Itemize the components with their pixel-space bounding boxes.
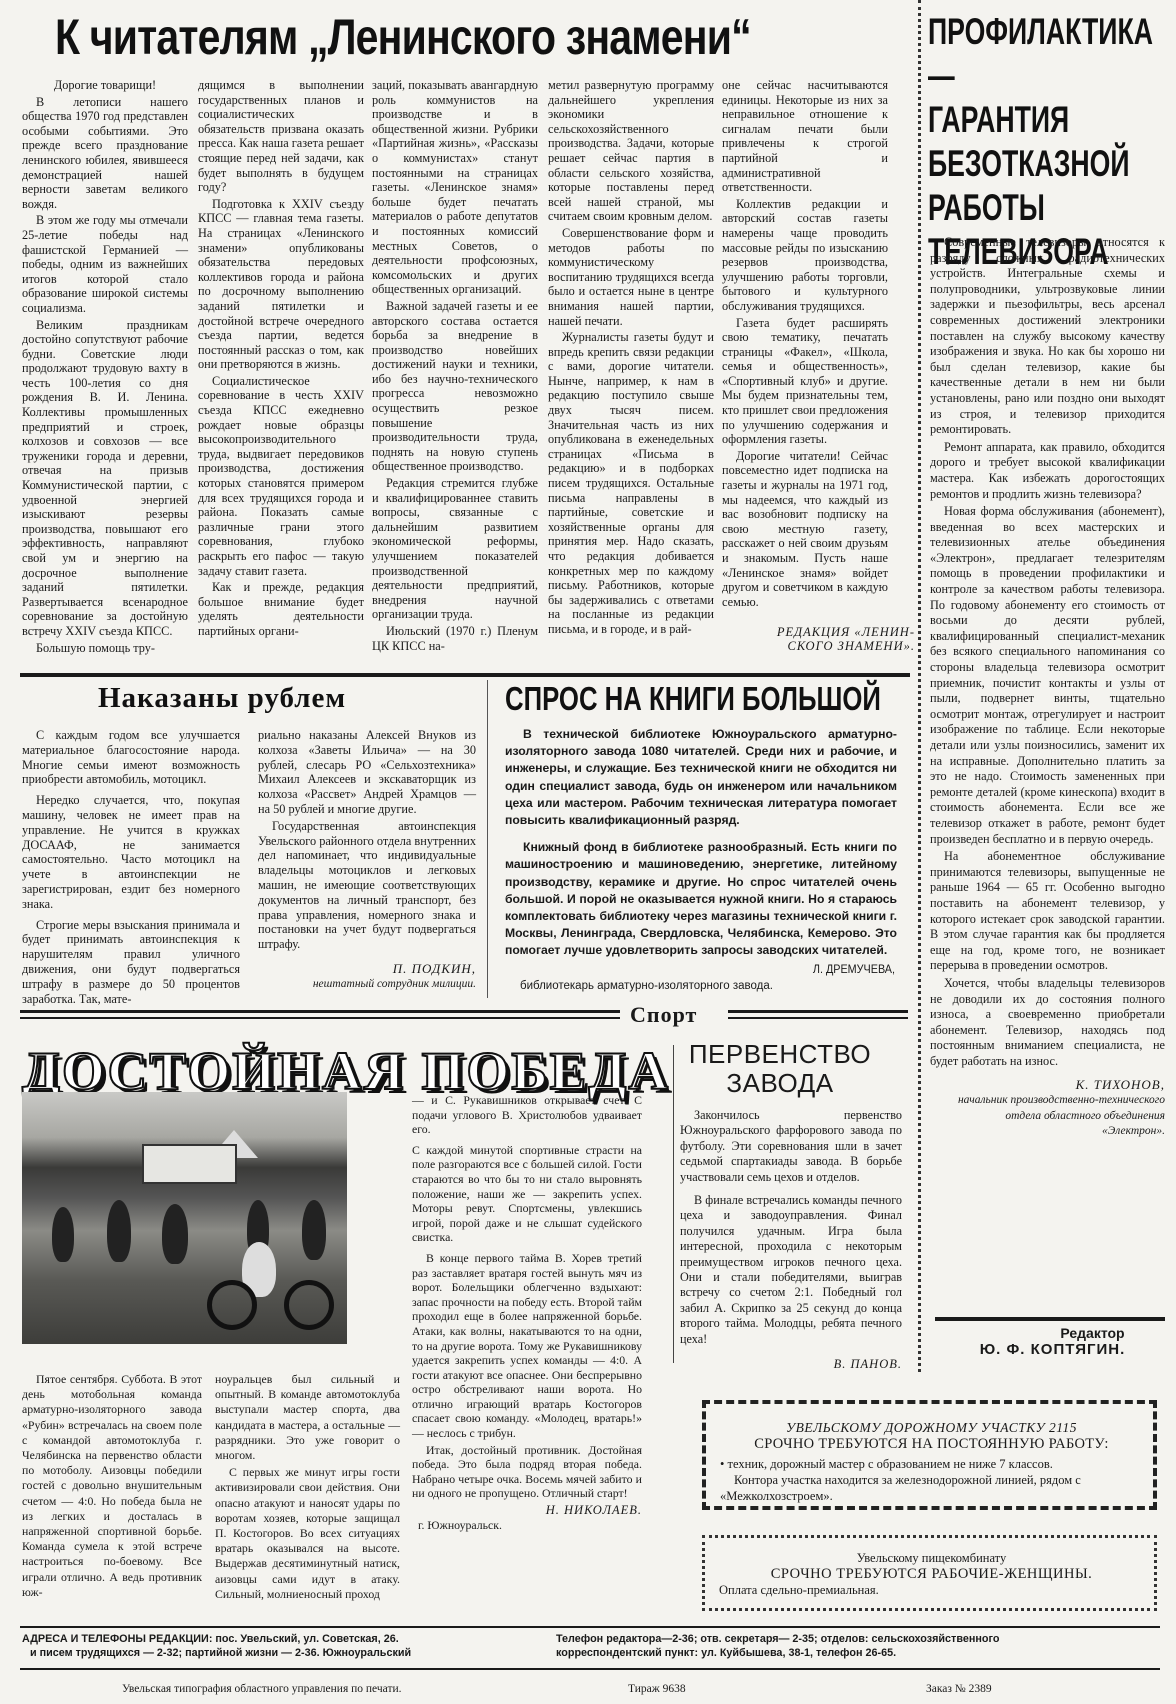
paragraph: Как и прежде, редакция большое внимание … <box>198 580 364 638</box>
paragraph: С каждой минутой спортивные страсти на п… <box>412 1143 642 1245</box>
ad-line: УВЕЛЬСКОМУ ДОРОЖНОМУ УЧАСТКУ 2115 <box>720 1420 1143 1436</box>
paragraph: С каждым годом все улучшается материальн… <box>22 728 240 787</box>
printer-imprint: Увельская типография областного управлен… <box>122 1683 402 1695</box>
championship-body: Закончилось первенство Южноуральского фа… <box>680 1108 902 1373</box>
footer-divider <box>20 1668 1160 1670</box>
paragraph: оне сейчас насчитываются единицы. Некото… <box>722 78 888 195</box>
title-line: ПРОФИЛАКТИКА — <box>928 10 1173 98</box>
paragraph: Нередко случается, что, покупая машину, … <box>22 793 240 911</box>
title-line: ЗАВОДА <box>665 1069 895 1098</box>
paragraph: Журналисты газеты будут и впредь крепить… <box>548 330 714 636</box>
paragraph: Газета будет расширять свою тематику, пе… <box>722 316 888 447</box>
paragraph: Новая форма обслуживания (абонемент), вв… <box>930 504 1165 847</box>
paragraph: На абонементное обслуживание принимаются… <box>930 849 1165 974</box>
ad-food-plant: Увельскому пищекомбинату СРОЧНО ТРЕБУЮТС… <box>702 1535 1157 1611</box>
paragraph: Дорогие читатели! Сейчас повсеместно иде… <box>722 449 888 610</box>
fines-signature: П. ПОДКИН, <box>258 962 476 977</box>
paragraph: Закончилось первенство Южноуральского фа… <box>680 1108 902 1185</box>
paragraph: Большую помощь тру- <box>22 641 188 656</box>
sport-divider <box>728 1017 908 1019</box>
editorial-column: заций, показывать авангардную роль комму… <box>372 78 538 655</box>
paragraph: Пятое сентября. Суббота. В этот день мот… <box>22 1372 202 1600</box>
footer-text: АДРЕСА И ТЕЛЕФОНЫ РЕДАКЦИИ: пос. Увельск… <box>22 1632 542 1646</box>
editorial-column: Дорогие товарищи!В летописи нашего общес… <box>22 78 188 657</box>
paragraph: В летописи нашего общества 1970 год пред… <box>22 95 188 212</box>
ad-line: • техник, дорожный мастер с образованием… <box>720 1456 1143 1472</box>
footer-text: и писем трудящихся — 2-32; партийной жиз… <box>22 1646 542 1660</box>
divider <box>935 1317 1165 1321</box>
victory-right-column: — и С. Рукавишников открывает счет. С по… <box>412 1093 642 1532</box>
fines-article-title: Наказаны рублем <box>98 682 346 715</box>
championship-title: ПЕРВЕНСТВО ЗАВОДА <box>665 1040 895 1098</box>
paragraph: Важной задачей газеты и ее авторского со… <box>372 299 538 474</box>
tv-signature: К. ТИХОНОВ, <box>930 1077 1165 1093</box>
editor-block: Редактор Ю. Ф. КОПТЯГИН. <box>940 1325 1165 1358</box>
paragraph: В этом же году мы отмечали 25-летие побе… <box>22 213 188 315</box>
books-article-body: В технической библиотеке Южноуральского … <box>505 726 897 970</box>
paragraph: Строгие меры взыскания принимала и будет… <box>22 918 240 1007</box>
footer-text: корреспондентский пункт: ул. Куйбышева, … <box>556 1646 896 1660</box>
ad-line: СРОЧНО ТРЕБУЮТСЯ НА ПОСТОЯННУЮ РАБОТУ: <box>720 1436 1143 1452</box>
page-headline: К читателям „Ленинского знамени“ <box>55 8 751 66</box>
footer-text: Телефон редактора—2-36; отв. секретаря— … <box>556 1632 999 1646</box>
tv-article-body: Современные телевизоры относятся к разря… <box>930 235 1165 1140</box>
footer-divider <box>20 1626 1160 1628</box>
books-signature: Л. ДРЕМУЧЕВА, <box>544 962 895 976</box>
paragraph: ноуральцев был сильный и опытный. В кома… <box>215 1372 400 1463</box>
paragraph: дящимся в выполнении государственных пла… <box>198 78 364 195</box>
paragraph: Современные телевизоры относятся к разря… <box>930 235 1165 438</box>
championship-signature: В. ПАНОВ. <box>680 1357 902 1372</box>
paragraph: В технической библиотеке Южноуральского … <box>505 726 897 829</box>
ad-line: Увельскому пищекомбинату <box>719 1550 1144 1566</box>
fines-article-col1: С каждым годом все улучшается материальн… <box>22 728 240 1008</box>
paragraph: В конце первого тайма В. Хорев третий ра… <box>412 1251 642 1441</box>
paragraph: Итак, достойный противник. Достойная поб… <box>412 1443 642 1501</box>
paragraph: В финале встречались команды печного цех… <box>680 1193 902 1347</box>
paragraph: риально наказаны Алексей Внуков из колхо… <box>258 728 476 817</box>
paragraph: Книжный фонд в библиотеке разнообразный.… <box>505 839 897 959</box>
books-article-title: СПРОС НА КНИГИ БОЛЬШОЙ <box>505 680 881 718</box>
paragraph: Редакция стремится глубже и квалифициров… <box>372 476 538 622</box>
paragraph: С первых же минут игры гости активизиров… <box>215 1465 400 1602</box>
editor-name: Ю. Ф. КОПТЯГИН. <box>940 1341 1165 1358</box>
editorial-column: метил развернутую программу дальнейшего … <box>548 78 714 639</box>
sport-section-label: Спорт <box>630 1002 697 1028</box>
editorial-signature: РЕДАКЦИЯ «ЛЕНИН- СКОГО ЗНАМЕНИ». <box>775 625 915 653</box>
title-line: РАБОТЫ <box>928 186 1173 230</box>
paragraph: Коллектив редакции и авторский состав га… <box>722 197 888 314</box>
editor-label: Редактор <box>940 1325 1165 1341</box>
column-separator <box>918 0 921 1372</box>
paragraph: Подготовка к XXIV съезду КПСС — главная … <box>198 197 364 372</box>
photo-motoball-match <box>22 1092 347 1344</box>
ad-road-section: УВЕЛЬСКОМУ ДОРОЖНОМУ УЧАСТКУ 2115 СРОЧНО… <box>702 1400 1157 1510</box>
paragraph: метил развернутую программу дальнейшего … <box>548 78 714 224</box>
sport-divider <box>20 1010 620 1013</box>
paragraph: Великим праздникам достойно сопутствуют … <box>22 318 188 639</box>
paragraph: — и С. Рукавишников открывает счет. С по… <box>412 1093 642 1137</box>
footer-address: АДРЕСА И ТЕЛЕФОНЫ РЕДАКЦИИ: пос. Увельск… <box>22 1632 1162 1660</box>
fines-signature-title: нештатный сотрудник милиции. <box>258 977 476 992</box>
editorial-column: оне сейчас насчитываются единицы. Некото… <box>722 78 888 611</box>
title-line: ПЕРВЕНСТВО <box>665 1040 895 1069</box>
section-divider <box>20 673 910 677</box>
fines-article-col2: риально наказаны Алексей Внуков из колхо… <box>258 728 476 992</box>
order-number: Заказ № 2389 <box>926 1683 992 1695</box>
ad-line: Контора участка находится за железнодоро… <box>720 1472 1143 1504</box>
paragraph: заций, показывать авангардную роль комму… <box>372 78 538 297</box>
signature-line: РЕДАКЦИЯ «ЛЕНИН- <box>775 625 915 639</box>
sport-divider <box>728 1010 908 1013</box>
sport-divider <box>20 1017 620 1019</box>
tv-signature-title: начальник производственно-технического о… <box>930 1093 1165 1140</box>
books-signature-title: библиотекарь арматурно-изоляторного заво… <box>520 980 900 992</box>
paragraph: Социалистическое соревнование в честь XX… <box>198 374 364 578</box>
paragraph: Хочется, чтобы владельцы телевизоров не … <box>930 976 1165 1070</box>
victory-col2: ноуральцев был сильный и опытный. В кома… <box>215 1372 400 1604</box>
victory-signature: Н. НИКОЛАЕВ. <box>412 1503 642 1518</box>
paragraph: Совершенствование форм и методов работы … <box>548 226 714 328</box>
paragraph: Июльский (1970 г.) Пленум ЦК КПСС на- <box>372 624 538 653</box>
column-rule <box>487 680 488 998</box>
ad-line: СРОЧНО ТРЕБУЮТСЯ РАБОЧИЕ-ЖЕНЩИНЫ. <box>719 1566 1144 1582</box>
editorial-column: дящимся в выполнении государственных пла… <box>198 78 364 641</box>
victory-col1: Пятое сентября. Суббота. В этот день мот… <box>22 1372 202 1602</box>
paragraph: Дорогие товарищи! <box>22 78 188 93</box>
victory-signature-place: г. Южноуральск. <box>412 1518 642 1533</box>
circulation: Тираж 9638 <box>628 1683 686 1695</box>
signature-line: СКОГО ЗНАМЕНИ». <box>775 639 915 653</box>
paragraph: Ремонт аппарата, как правило, обходится … <box>930 440 1165 502</box>
title-line: БЕЗОТКАЗНОЙ <box>928 142 1173 186</box>
title-line: ГАРАНТИЯ <box>928 98 1173 142</box>
paragraph: Государственная автоинспекция Увельского… <box>258 819 476 952</box>
ad-line: Оплата сдельно-премиальная. <box>719 1582 1144 1598</box>
